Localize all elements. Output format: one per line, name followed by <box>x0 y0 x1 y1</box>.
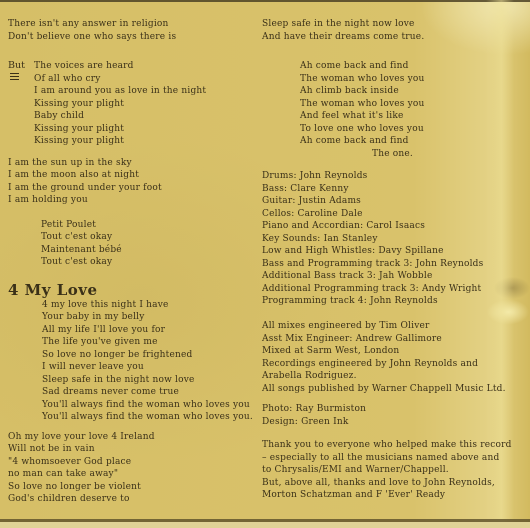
text-line: Bass and Programming track 3: John Reyno… <box>262 258 526 271</box>
text-line: All songs published by Warner Chappell M… <box>262 383 526 396</box>
text-line: Design: Green Ink <box>262 416 526 429</box>
text-line: Additional Programming track 3: Andy Wri… <box>262 283 526 296</box>
text-line: God's children deserve to <box>8 493 260 506</box>
text-line: The life you've given me <box>42 336 260 349</box>
credits-photo-design: Photo: Ray BurmistonDesign: Green Ink <box>262 403 526 428</box>
text-line: Guitar: Justin Adams <box>262 195 526 208</box>
text-line: Kissing your plight <box>34 135 206 148</box>
text-line: You'll always find the woman who loves y… <box>42 399 260 412</box>
song-title-4-my-love: 4 My Love <box>8 281 260 299</box>
lyrics-stanza-chorus: Ah come back and findThe woman who loves… <box>300 60 526 160</box>
text-line: Recordings engineered by John Reynolds a… <box>262 358 526 371</box>
text-line: The one. <box>372 148 526 161</box>
text-line: And have their dreams come true. <box>262 31 526 44</box>
text-line: And feel what it's like <box>300 110 526 123</box>
text-line: Additional Bass track 3: Jah Wobble <box>262 270 526 283</box>
text-line: I am the sun up in the sky <box>8 157 260 170</box>
booklet-page: There isn't any answer in religionDon't … <box>0 0 530 528</box>
text-line: I am around you as love in the night <box>34 85 206 98</box>
text-line: – especially to all the musicians named … <box>262 452 526 465</box>
lyrics-stanza-ireland: Oh my love your love 4 IrelandWill not b… <box>8 431 260 506</box>
text-line: Asst Mix Engineer: Andrew Gallimore <box>262 333 526 346</box>
scan-edge-top <box>0 0 530 2</box>
text-line: Sad dreams never come true <box>42 386 260 399</box>
lyrics-stanza-voices: But The voices are heardOf all who cryI … <box>8 60 260 148</box>
text-line: Ah come back and find <box>300 135 526 148</box>
lyrics-stanza-sun: I am the sun up in the skyI am the moon … <box>8 157 260 207</box>
text-line: To love one who loves you <box>300 123 526 136</box>
text-line: Ah climb back inside <box>300 85 526 98</box>
text-line: But, above all, thanks and love to John … <box>262 477 526 490</box>
but-label-text: But <box>8 60 25 71</box>
text-line: Don't believe one who says there is <box>8 31 260 44</box>
text-line: no man can take away" <box>8 468 260 481</box>
text-line: Will not be in vain <box>8 443 260 456</box>
ditto-mark-icon <box>10 73 19 82</box>
text-line: Drums: John Reynolds <box>262 170 526 183</box>
text-line: Bass: Clare Kenny <box>262 183 526 196</box>
text-line: Low and High Whistles: Davy Spillane <box>262 245 526 258</box>
thanks-note: Thank you to everyone who helped make th… <box>262 439 526 502</box>
text-line: All mixes engineered by Tim Oliver <box>262 320 526 333</box>
lyrics-stanza-french: Petit PouletTout c'est okayMaintenant bé… <box>41 219 260 269</box>
text-line: Baby child <box>34 110 206 123</box>
text-line: I will never leave you <box>42 361 260 374</box>
scan-edge-bottom-strip <box>0 522 530 528</box>
text-line: Kissing your plight <box>34 123 206 136</box>
text-line: Of all who cry <box>34 73 206 86</box>
text-line: Tout c'est okay <box>41 256 260 269</box>
lyrics-stanza-4-my-love: 4 my love this night I haveYour baby in … <box>42 299 260 424</box>
credits-production: All mixes engineered by Tim OliverAsst M… <box>262 320 526 395</box>
but-label: But <box>8 60 34 148</box>
text-line: Morton Schatzman and F 'Ever' Ready <box>262 489 526 502</box>
text-line: I am holding you <box>8 194 260 207</box>
text-line: Oh my love your love 4 Ireland <box>8 431 260 444</box>
text-line: There isn't any answer in religion <box>8 18 260 31</box>
text-line: to Chrysalis/EMI and Warner/Chappell. <box>262 464 526 477</box>
text-line: You'll always find the woman who loves y… <box>42 411 260 424</box>
text-line: Cellos: Caroline Dale <box>262 208 526 221</box>
text-line: Piano and Accordian: Carol Isaacs <box>262 220 526 233</box>
text-line: Programming track 4: John Reynolds <box>262 295 526 308</box>
text-line: The woman who loves you <box>300 98 526 111</box>
text-line: Petit Poulet <box>41 219 260 232</box>
text-line: The voices are heard <box>34 60 206 73</box>
text-line: Your baby in my belly <box>42 311 260 324</box>
text-line: Key Sounds: Ian Stanley <box>262 233 526 246</box>
text-line: Mixed at Sarm West, London <box>262 345 526 358</box>
text-line: 4 my love this night I have <box>42 299 260 312</box>
text-line: I am the ground under your foot <box>8 182 260 195</box>
text-line: Maintenant bébé <box>41 244 260 257</box>
text-line: The woman who loves you <box>300 73 526 86</box>
text-line: Photo: Ray Burmiston <box>262 403 526 416</box>
text-line: I am the moon also at night <box>8 169 260 182</box>
text-line: Ah come back and find <box>300 60 526 73</box>
text-line: So love no longer be violent <box>8 481 260 494</box>
credits-musicians: Drums: John ReynoldsBass: Clare KennyGui… <box>262 170 526 308</box>
text-line: "4 whomsoever God place <box>8 456 260 469</box>
lyrics-credits-column-right: Sleep safe in the night now loveAnd have… <box>262 18 526 502</box>
lyrics-column-left: There isn't any answer in religionDon't … <box>8 18 260 506</box>
text-line: Sleep safe in the night now love <box>262 18 526 31</box>
text-line: So love no longer be frightened <box>42 349 260 362</box>
lyrics-stanza-sleep-safe: Sleep safe in the night now loveAnd have… <box>262 18 526 43</box>
text-line: Arabella Rodriguez. <box>262 370 526 383</box>
text-line: Sleep safe in the night now love <box>42 374 260 387</box>
text-line: Kissing your plight <box>34 98 206 111</box>
text-line: Thank you to everyone who helped make th… <box>262 439 526 452</box>
text-line: All my life I'll love you for <box>42 324 260 337</box>
lyrics-stanza-voices-lines: The voices are heardOf all who cryI am a… <box>34 60 206 148</box>
lyrics-stanza-religion: There isn't any answer in religionDon't … <box>8 18 260 43</box>
text-line: Tout c'est okay <box>41 231 260 244</box>
